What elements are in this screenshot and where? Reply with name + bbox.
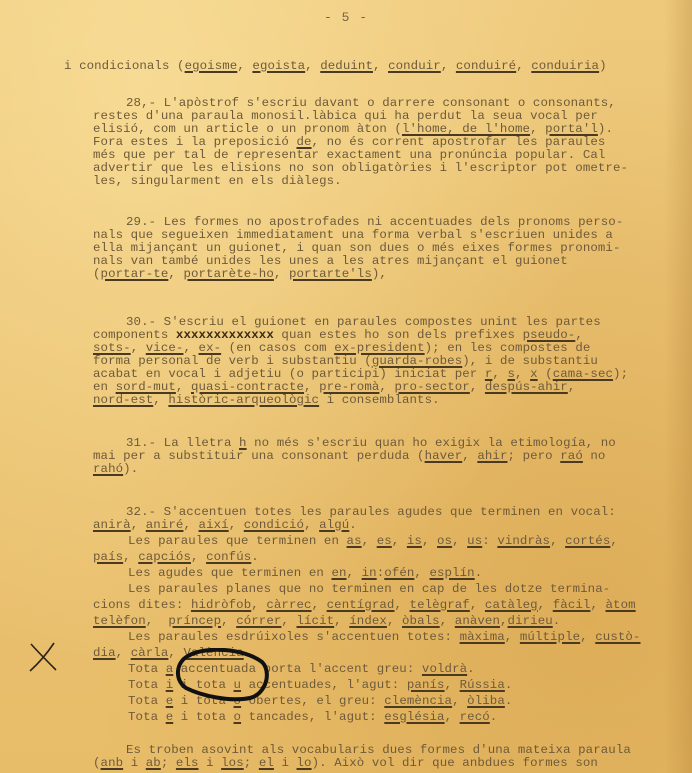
text-segment: elisió, com un article o un pronom àton … (93, 122, 402, 136)
text-segment: , (500, 614, 508, 628)
underlined-example-word: hidròfob (191, 598, 251, 612)
text-segment: quan estes ho son dels prefixes (274, 328, 523, 342)
text-line: telèfon, príncep, córrer, lícit, índex, … (93, 615, 560, 628)
text-segment: , (590, 598, 605, 612)
underlined-example-word: múltiple (520, 630, 580, 644)
text-segment: ; pero (508, 449, 561, 463)
underlined-example-word: centígrad (327, 598, 395, 612)
underlined-example-word: històric-arqueològic (168, 393, 319, 407)
underlined-example-word: príncep (168, 614, 221, 628)
text-segment: ( (93, 756, 101, 770)
text-line: Les paraules planes que no terminen en c… (128, 583, 610, 596)
text-segment: Tota (128, 694, 166, 708)
text-segment: , no és corrent apostrofar les paraules (312, 135, 606, 149)
text-segment: . (505, 694, 513, 708)
underlined-example-word: càrla (131, 646, 169, 660)
underlined-example-word: es (377, 534, 392, 548)
underlined-example-word: òliba (467, 694, 505, 708)
text-segment: Les paraules planes que no terminen en c… (128, 582, 610, 596)
handwritten-circle-annotation (174, 648, 270, 702)
text-segment: i (123, 756, 146, 770)
text-segment: ella mijançant un guionet, i quan son du… (93, 241, 621, 255)
underlined-example-word: sots- (93, 341, 131, 355)
underlined-example-word: aniré (146, 518, 184, 532)
underlined-example-word: ex-president (334, 341, 424, 355)
text-segment: les, singularment en els diàlegs. (93, 174, 342, 188)
text-segment: , (123, 550, 138, 564)
text-segment: : (482, 534, 497, 548)
text-segment: i (199, 756, 222, 770)
underlined-example-word: córrer (236, 614, 281, 628)
text-segment: , (530, 122, 545, 136)
underlined-example-word: los (221, 756, 244, 770)
text-segment: , (281, 614, 296, 628)
text-segment: ). Això vol dir que anbdues formes son (312, 756, 598, 770)
text-segment: , (414, 566, 429, 580)
underlined-example-word: nord-est (93, 393, 153, 407)
struck-out-text: xxxxxxxxxxxxx (176, 328, 274, 342)
text-segment: , (452, 694, 467, 708)
underlined-example-word: pre-romà (319, 380, 379, 394)
text-segment: , (221, 614, 236, 628)
text-segment: nals van també unides les unes a les atr… (93, 254, 568, 268)
text-line: i condicionals (egoisme, egoista, deduin… (64, 60, 607, 73)
text-line: Les paraules esdrúixoles s'accentuen tot… (128, 631, 640, 644)
text-segment: , (575, 328, 583, 342)
text-line: Tota e i tota o tancades, l'agut: esglés… (128, 711, 497, 724)
underlined-example-word: s (507, 367, 515, 381)
text-segment: , (131, 518, 146, 532)
text-segment: ); (613, 367, 628, 381)
text-segment: , (191, 550, 206, 564)
underlined-example-word: panís (407, 678, 445, 692)
underlined-example-word: portarète-ho (183, 267, 273, 281)
text-segment: i condicionals ( (64, 59, 185, 73)
underlined-example-word: algú (319, 518, 349, 532)
text-segment: , (462, 449, 477, 463)
underlined-example-word: índex (349, 614, 387, 628)
text-segment: tancades, l'agut: (241, 710, 384, 724)
underlined-example-word: portar-te (101, 267, 169, 281)
text-segment: , (470, 598, 485, 612)
underlined-example-word: màxima (460, 630, 505, 644)
text-segment: ), i de substantiu (462, 354, 598, 368)
text-segment: ). (123, 462, 138, 476)
underlined-example-word: anb (101, 756, 124, 770)
text-segment: 31.- La lletra (126, 436, 239, 450)
text-segment: components (93, 328, 176, 342)
text-segment: mai per a substituir una consonant perdu… (93, 449, 425, 463)
underlined-example-word: condició (244, 518, 304, 532)
text-segment: més que per tal de representar exactamen… (93, 148, 605, 162)
text-segment: , (176, 380, 191, 394)
text-segment: i tota (173, 710, 233, 724)
underlined-example-word: vindràs (497, 534, 550, 548)
underlined-example-word: lo (297, 756, 312, 770)
underlined-example-word: òbals (402, 614, 440, 628)
underlined-example-word: vice- (146, 341, 184, 355)
text-segment: Les agudes que terminen en (128, 566, 331, 580)
underlined-example-word: conduiria (531, 59, 599, 73)
text-segment: , (251, 598, 266, 612)
text-segment: , (116, 646, 131, 660)
text-line: cions dites: hidròfob, càrrec, centígrad… (93, 599, 636, 612)
text-segment: ) (599, 59, 607, 73)
text-segment: , (452, 534, 467, 548)
text-segment: 28,- L'apòstrof s'escriu davant o darrer… (126, 96, 616, 110)
underlined-example-word: país (93, 550, 123, 564)
text-segment: nals que segueixen immediatament una for… (93, 228, 613, 242)
text-segment: 32.- S'accentuen totes les paraules agud… (126, 505, 616, 519)
text-segment: no (583, 449, 606, 463)
text-segment: Les paraules esdrúixoles s'accentuen tot… (128, 630, 460, 644)
underlined-example-word: dirieu (508, 614, 553, 628)
text-segment: , (183, 341, 198, 355)
underlined-example-word: raó (560, 449, 583, 463)
text-segment: , (347, 566, 362, 580)
text-line: mai per a substituir una consonant perdu… (93, 450, 605, 463)
text-segment: ; (161, 756, 176, 770)
text-line: rahó). (93, 463, 138, 476)
text-segment: restes d'una paraula monosil.làbica qui … (93, 109, 598, 123)
text-segment: i (274, 756, 297, 770)
text-segment: . (251, 550, 259, 564)
text-segment: , (538, 598, 553, 612)
underlined-example-word: esplín (429, 566, 474, 580)
underlined-example-word: ab (146, 756, 161, 770)
underlined-example-word: custò- (595, 630, 640, 644)
underlined-example-word: h (239, 436, 247, 450)
text-segment: , (610, 534, 618, 548)
text-segment: , (492, 367, 507, 381)
underlined-example-word: us (467, 534, 482, 548)
text-segment: , (373, 59, 388, 73)
text-segment: , (146, 614, 169, 628)
underlined-example-word: lícit (296, 614, 334, 628)
text-segment: . (505, 678, 513, 692)
text-line: anirà, aniré, així, condició, algú. (93, 519, 357, 532)
text-segment: , (379, 380, 394, 394)
underlined-example-word: pseudo- (523, 328, 576, 342)
underlined-example-word: dia (93, 646, 116, 660)
underlined-example-word: anàven (455, 614, 500, 628)
underlined-example-word: de (296, 135, 311, 149)
text-segment: ); en les compostes de (425, 341, 591, 355)
text-segment: ( (538, 367, 553, 381)
text-line: nord-est, històric-arqueològic i consemb… (93, 394, 440, 407)
text-segment: , (441, 59, 456, 73)
underlined-example-word: conduiré (456, 59, 516, 73)
text-segment: , (445, 710, 460, 724)
underlined-example-word: deduint (320, 59, 373, 73)
text-segment: , (515, 367, 530, 381)
underlined-example-word: os (437, 534, 452, 548)
underlined-example-word: confús (206, 550, 251, 564)
page-number: - 5 - (0, 10, 692, 25)
text-segment: ( (93, 267, 101, 281)
text-segment: en (93, 380, 116, 394)
underlined-example-word: guarda-robes (372, 354, 462, 368)
text-line: les, singularment en els diàlegs. (93, 175, 342, 188)
text-segment: cions dites: (93, 598, 191, 612)
underlined-example-word: telèfon (93, 614, 146, 628)
text-segment: forma personal de verb i substantiu ( (93, 354, 372, 368)
underlined-example-word: fàcil (553, 598, 591, 612)
underlined-example-word: haver (425, 449, 463, 463)
underlined-example-word: l'home, de l'home (402, 122, 530, 136)
text-line: Les agudes que terminen en en, in:ofén, … (128, 567, 482, 580)
underlined-example-word: conduir (388, 59, 441, 73)
text-line: (portar-te, portarète-ho, portarte'ls), (93, 268, 387, 281)
text-segment: , (516, 59, 531, 73)
underlined-example-word: el (259, 756, 274, 770)
text-segment: acabat en vocal i adjetiu (o participi) … (93, 367, 485, 381)
text-segment: . (349, 518, 357, 532)
underlined-example-word: o (234, 710, 242, 724)
text-segment: . (467, 662, 475, 676)
text-segment: Les paraules que terminen en (128, 534, 347, 548)
text-segment: , (422, 534, 437, 548)
text-segment: , (445, 678, 460, 692)
text-segment: i consemblants. (319, 393, 440, 407)
underlined-example-word: església (384, 710, 444, 724)
text-segment: Tota (128, 710, 166, 724)
text-segment: ), (372, 267, 387, 281)
text-segment: , (183, 518, 198, 532)
underlined-example-word: despús-ahir (485, 380, 568, 394)
underlined-example-word: pro-sector (394, 380, 469, 394)
text-segment: ; (244, 756, 259, 770)
text-segment: , (470, 380, 485, 394)
underlined-example-word: capciós (138, 550, 191, 564)
text-segment: , (334, 614, 349, 628)
underlined-example-word: en (331, 566, 346, 580)
text-segment: . (553, 614, 561, 628)
text-line: (anb i ab; els i los; el i lo). Això vol… (93, 757, 598, 770)
text-segment: , (274, 267, 289, 281)
underlined-example-word: egoista (252, 59, 305, 73)
underlined-example-word: clemència (384, 694, 452, 708)
text-segment: (en casos com (221, 341, 334, 355)
underlined-example-word: àtom (606, 598, 636, 612)
text-segment: Fora estes i la preposició (93, 135, 296, 149)
underlined-example-word: quasi-contracte (191, 380, 304, 394)
text-segment: , (305, 59, 320, 73)
text-segment: , (312, 598, 327, 612)
underlined-example-word: així (199, 518, 229, 532)
underlined-example-word: sord-mut (116, 380, 176, 394)
underlined-example-word: Rússia (460, 678, 505, 692)
underlined-example-word: x (530, 367, 538, 381)
underlined-example-word: càrrec (266, 598, 311, 612)
underlined-example-word: anirà (93, 518, 131, 532)
text-segment: , (362, 534, 377, 548)
underlined-example-word: portarte'ls (289, 267, 372, 281)
text-segment: . (490, 710, 498, 724)
text-segment: 30.- S'escriu el guionet en paraules com… (126, 315, 601, 329)
text-segment: . (475, 566, 483, 580)
text-segment: , (505, 630, 520, 644)
underlined-example-word: ex- (199, 341, 222, 355)
text-segment: , (304, 380, 319, 394)
text-segment: Tota (128, 662, 166, 676)
text-segment: , (392, 534, 407, 548)
underlined-example-word: rahó (93, 462, 123, 476)
text-segment: ). (598, 122, 613, 136)
underlined-example-word: is (407, 534, 422, 548)
text-segment: , (440, 614, 455, 628)
underlined-example-word: ahir (477, 449, 507, 463)
handwritten-x-mark (26, 640, 60, 674)
underlined-example-word: els (176, 756, 199, 770)
text-segment: , (550, 534, 565, 548)
underlined-example-word: egoisme (185, 59, 238, 73)
underlined-example-word: cortés (565, 534, 610, 548)
text-segment: Tota (128, 678, 166, 692)
text-segment: , (568, 380, 576, 394)
text-segment: , (387, 614, 402, 628)
text-segment: , (153, 393, 168, 407)
text-segment: advertir que les elisions no son obligat… (93, 161, 628, 175)
text-segment: , (304, 518, 319, 532)
text-line: país, capciós, confús. (93, 551, 259, 564)
underlined-example-word: recó (460, 710, 490, 724)
text-segment: 29.- Les formes no apostrofades ni accen… (126, 215, 623, 229)
scanned-typewritten-page: - 5 - i condicionals (egoisme, egoista, … (0, 0, 692, 773)
underlined-example-word: as (347, 534, 362, 548)
text-segment: no més s'escriu quan ho exigix la etimol… (247, 436, 616, 450)
text-segment: , (394, 598, 409, 612)
text-segment: Es troben asovint als vocabularis dues f… (126, 743, 631, 757)
text-segment: , (237, 59, 252, 73)
underlined-example-word: voldrà (422, 662, 467, 676)
underlined-example-word: ofén (384, 566, 414, 580)
underlined-example-word: in (362, 566, 377, 580)
text-segment: , (580, 630, 595, 644)
text-line: Les paraules que terminen en as, es, is,… (128, 535, 618, 548)
text-segment: , (168, 267, 183, 281)
underlined-example-word: catàleg (485, 598, 538, 612)
underlined-example-word: telègraf (410, 598, 470, 612)
text-segment: , (229, 518, 244, 532)
underlined-example-word: cama-sec (553, 367, 613, 381)
underlined-example-word: porta'l (545, 122, 598, 136)
text-segment: , (131, 341, 146, 355)
